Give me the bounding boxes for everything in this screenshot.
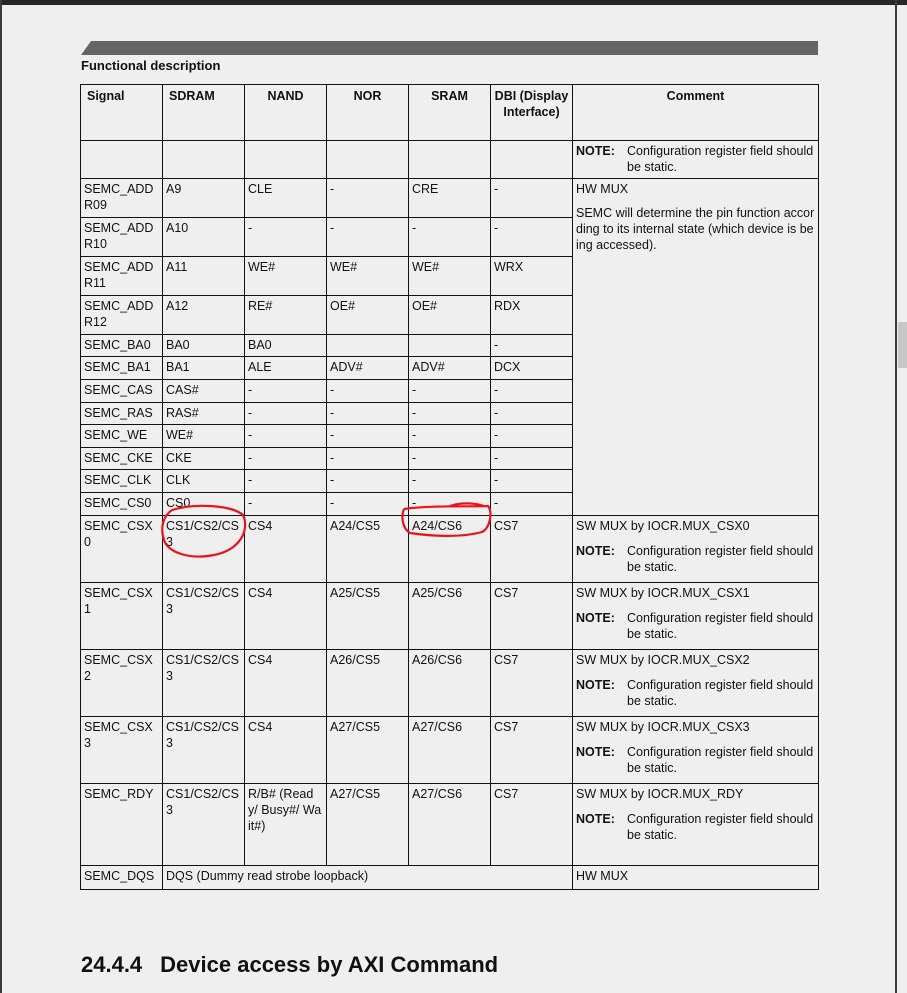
page-left-border	[0, 0, 2, 993]
cell-dbi: RDX	[491, 296, 573, 335]
sw-mux-text: SW MUX by IOCR.MUX_CSX1	[576, 585, 815, 601]
cell-comment: SW MUX by IOCR.MUX_CSX2NOTE:Configuratio…	[573, 650, 819, 717]
note: NOTE:Configuration register field should…	[576, 744, 815, 776]
cell-sram: OE#	[409, 296, 491, 335]
cell-nor: -	[327, 448, 409, 470]
cell-nor: A26/CS5	[327, 650, 409, 717]
note: NOTE:Configuration register field should…	[576, 143, 815, 175]
cell-nor	[327, 335, 409, 357]
cell-dbi: WRX	[491, 257, 573, 296]
table-row: SEMC_CSX1CS1/CS2/CS3CS4A25/CS5A25/CS6CS7…	[81, 583, 819, 650]
section-label: Functional description	[81, 58, 220, 73]
cell-sdram: RAS#	[163, 403, 245, 425]
cell-nor: -	[327, 493, 409, 516]
cell-nand: ALE	[245, 357, 327, 380]
cell-sdram: CLK	[163, 470, 245, 493]
note-label: NOTE:	[576, 143, 627, 175]
cell-dbi: -	[491, 403, 573, 425]
cell-nand: R/B# (Ready/ Busy#/ Wait#)	[245, 784, 327, 866]
cell-nand: RE#	[245, 296, 327, 335]
cell-nor: -	[327, 470, 409, 493]
col-header-nand: NAND	[245, 85, 327, 141]
note-label: NOTE:	[576, 677, 627, 709]
table-row: SEMC_ADDR09A9CLE-CRE-HW MUXSEMC will det…	[81, 179, 819, 218]
cell-dbi: -	[491, 448, 573, 470]
cell-comment: SW MUX by IOCR.MUX_CSX0NOTE:Configuratio…	[573, 516, 819, 583]
col-header-dbi: DBI (Display Interface)	[491, 85, 573, 141]
sw-mux-text: SW MUX by IOCR.MUX_CSX0	[576, 518, 815, 534]
cell-sram: A27/CS6	[409, 784, 491, 866]
note-label: NOTE:	[576, 543, 627, 575]
cell-nor	[327, 141, 409, 179]
cell-sram: A27/CS6	[409, 717, 491, 784]
cell-signal	[81, 141, 163, 179]
col-header-sram: SRAM	[409, 85, 491, 141]
cell-signal: SEMC_CKE	[81, 448, 163, 470]
cell-sdram: WE#	[163, 425, 245, 448]
cell-dbi: CS7	[491, 784, 573, 866]
section-banner	[81, 41, 818, 55]
hw-mux-description: SEMC will determine the pin function acc…	[576, 205, 815, 253]
cell-nand: -	[245, 380, 327, 403]
col-header-signal: Signal	[81, 85, 163, 141]
cell-nor: ADV#	[327, 357, 409, 380]
cell-dbi: -	[491, 179, 573, 218]
cell-nor: A24/CS5	[327, 516, 409, 583]
section-number: 24.4.4	[81, 952, 142, 977]
cell-merged-description: DQS (Dummy read strobe loopback)	[163, 866, 573, 890]
cell-dbi: CS7	[491, 717, 573, 784]
cell-nand: -	[245, 218, 327, 257]
hw-mux-title: HW MUX	[576, 181, 815, 197]
cell-dbi: DCX	[491, 357, 573, 380]
cell-comment: SW MUX by IOCR.MUX_CSX3NOTE:Configuratio…	[573, 717, 819, 784]
cell-sram	[409, 335, 491, 357]
cell-nor: -	[327, 218, 409, 257]
note-text: Configuration register field should be s…	[627, 610, 815, 642]
signal-table: Signal SDRAM NAND NOR SRAM DBI (Display …	[80, 84, 819, 890]
cell-dbi: CS7	[491, 650, 573, 717]
cell-dbi: -	[491, 380, 573, 403]
cell-nand: -	[245, 403, 327, 425]
cell-nor: A25/CS5	[327, 583, 409, 650]
cell-nor: WE#	[327, 257, 409, 296]
cell-nor: A27/CS5	[327, 784, 409, 866]
note: NOTE:Configuration register field should…	[576, 811, 815, 843]
cell-sdram: A10	[163, 218, 245, 257]
cell-sdram: CS1/CS2/CS3	[163, 516, 245, 583]
sw-mux-text: SW MUX by IOCR.MUX_RDY	[576, 786, 815, 802]
cell-sdram: BA1	[163, 357, 245, 380]
cell-sdram: A11	[163, 257, 245, 296]
cell-nand: -	[245, 470, 327, 493]
cell-dbi: CS7	[491, 516, 573, 583]
cell-nand: -	[245, 493, 327, 516]
note-label: NOTE:	[576, 811, 627, 843]
cell-dbi: CS7	[491, 583, 573, 650]
cell-signal: SEMC_CLK	[81, 470, 163, 493]
sw-mux-text: SW MUX by IOCR.MUX_CSX2	[576, 652, 815, 668]
note-text: Configuration register field should be s…	[627, 543, 815, 575]
cell-dbi: -	[491, 470, 573, 493]
cell-signal: SEMC_ADDR12	[81, 296, 163, 335]
cell-comment: NOTE:Configuration register field should…	[573, 141, 819, 179]
cell-sram: CRE	[409, 179, 491, 218]
cell-sdram: CAS#	[163, 380, 245, 403]
note: NOTE:Configuration register field should…	[576, 677, 815, 709]
cell-nand: WE#	[245, 257, 327, 296]
cell-nor: -	[327, 179, 409, 218]
cell-signal: SEMC_RAS	[81, 403, 163, 425]
cell-nand: CLE	[245, 179, 327, 218]
table-header-row: Signal SDRAM NAND NOR SRAM DBI (Display …	[81, 85, 819, 141]
cell-dbi: -	[491, 425, 573, 448]
scrollbar-thumb[interactable]	[898, 322, 907, 368]
note-label: NOTE:	[576, 610, 627, 642]
cell-dbi: -	[491, 335, 573, 357]
note: NOTE:Configuration register field should…	[576, 543, 815, 575]
cell-signal: SEMC_WE	[81, 425, 163, 448]
table-row: SEMC_DQSDQS (Dummy read strobe loopback)…	[81, 866, 819, 890]
cell-sdram	[163, 141, 245, 179]
cell-nor: A27/CS5	[327, 717, 409, 784]
cell-signal: SEMC_BA1	[81, 357, 163, 380]
cell-signal: SEMC_CS0	[81, 493, 163, 516]
section-title: Device access by AXI Command	[160, 952, 498, 977]
cell-comment: SW MUX by IOCR.MUX_CSX1NOTE:Configuratio…	[573, 583, 819, 650]
cell-sdram: CS1/CS2/CS3	[163, 583, 245, 650]
cell-dbi: -	[491, 493, 573, 516]
cell-sdram: CKE	[163, 448, 245, 470]
cell-sram: A26/CS6	[409, 650, 491, 717]
cell-signal: SEMC_CAS	[81, 380, 163, 403]
table-row: SEMC_CSX3CS1/CS2/CS3CS4A27/CS5A27/CS6CS7…	[81, 717, 819, 784]
cell-sram: -	[409, 425, 491, 448]
cell-sdram: CS1/CS2/CS3	[163, 784, 245, 866]
cell-sram: A25/CS6	[409, 583, 491, 650]
cell-signal: SEMC_ADDR10	[81, 218, 163, 257]
cell-sram: -	[409, 448, 491, 470]
cell-nand: CS4	[245, 583, 327, 650]
cell-nor: -	[327, 380, 409, 403]
cell-signal: SEMC_ADDR09	[81, 179, 163, 218]
cell-comment: SW MUX by IOCR.MUX_RDYNOTE:Configuration…	[573, 784, 819, 866]
cell-sram: -	[409, 218, 491, 257]
note-label: NOTE:	[576, 744, 627, 776]
cell-dbi: -	[491, 218, 573, 257]
cell-nor: -	[327, 403, 409, 425]
scrollbar-track[interactable]	[897, 5, 907, 993]
cell-signal: SEMC_ADDR11	[81, 257, 163, 296]
note: NOTE:Configuration register field should…	[576, 610, 815, 642]
viewer-top-bar	[0, 0, 907, 5]
cell-sdram: CS1/CS2/CS3	[163, 650, 245, 717]
cell-nor: -	[327, 425, 409, 448]
cell-nand: -	[245, 425, 327, 448]
section-heading: 24.4.4Device access by AXI Command	[81, 952, 498, 978]
cell-sdram: BA0	[163, 335, 245, 357]
cell-comment: HW MUX	[573, 866, 819, 890]
table-row: NOTE:Configuration register field should…	[81, 141, 819, 179]
cell-nand: CS4	[245, 650, 327, 717]
cell-nand: BA0	[245, 335, 327, 357]
cell-sram: ADV#	[409, 357, 491, 380]
cell-sdram: CS0	[163, 493, 245, 516]
cell-nor: OE#	[327, 296, 409, 335]
cell-sram: -	[409, 403, 491, 425]
cell-sram: -	[409, 493, 491, 516]
cell-signal: SEMC_BA0	[81, 335, 163, 357]
cell-nand: CS4	[245, 717, 327, 784]
col-header-comment: Comment	[573, 85, 819, 141]
cell-comment-hw-mux: HW MUXSEMC will determine the pin functi…	[573, 179, 819, 516]
sw-mux-text: SW MUX by IOCR.MUX_CSX3	[576, 719, 815, 735]
cell-nand	[245, 141, 327, 179]
cell-sram: A24/CS6	[409, 516, 491, 583]
cell-sdram: A9	[163, 179, 245, 218]
cell-signal: SEMC_DQS	[81, 866, 163, 890]
cell-nand: CS4	[245, 516, 327, 583]
table-row: SEMC_CSX0CS1/CS2/CS3CS4A24/CS5A24/CS6CS7…	[81, 516, 819, 583]
cell-sram: -	[409, 380, 491, 403]
table-row: SEMC_RDYCS1/CS2/CS3R/B# (Ready/ Busy#/ W…	[81, 784, 819, 866]
note-text: Configuration register field should be s…	[627, 677, 815, 709]
cell-sram	[409, 141, 491, 179]
cell-sdram: A12	[163, 296, 245, 335]
col-header-sdram: SDRAM	[163, 85, 245, 141]
cell-sram: WE#	[409, 257, 491, 296]
cell-dbi	[491, 141, 573, 179]
cell-signal: SEMC_CSX0	[81, 516, 163, 583]
cell-nand: -	[245, 448, 327, 470]
cell-signal: SEMC_CSX2	[81, 650, 163, 717]
note-text: Configuration register field should be s…	[627, 811, 815, 843]
table-row: SEMC_CSX2CS1/CS2/CS3CS4A26/CS5A26/CS6CS7…	[81, 650, 819, 717]
cell-sdram: CS1/CS2/CS3	[163, 717, 245, 784]
col-header-nor: NOR	[327, 85, 409, 141]
cell-signal: SEMC_CSX3	[81, 717, 163, 784]
cell-sram: -	[409, 470, 491, 493]
note-text: Configuration register field should be s…	[627, 744, 815, 776]
note-text: Configuration register field should be s…	[627, 143, 815, 175]
cell-signal: SEMC_CSX1	[81, 583, 163, 650]
cell-signal: SEMC_RDY	[81, 784, 163, 866]
